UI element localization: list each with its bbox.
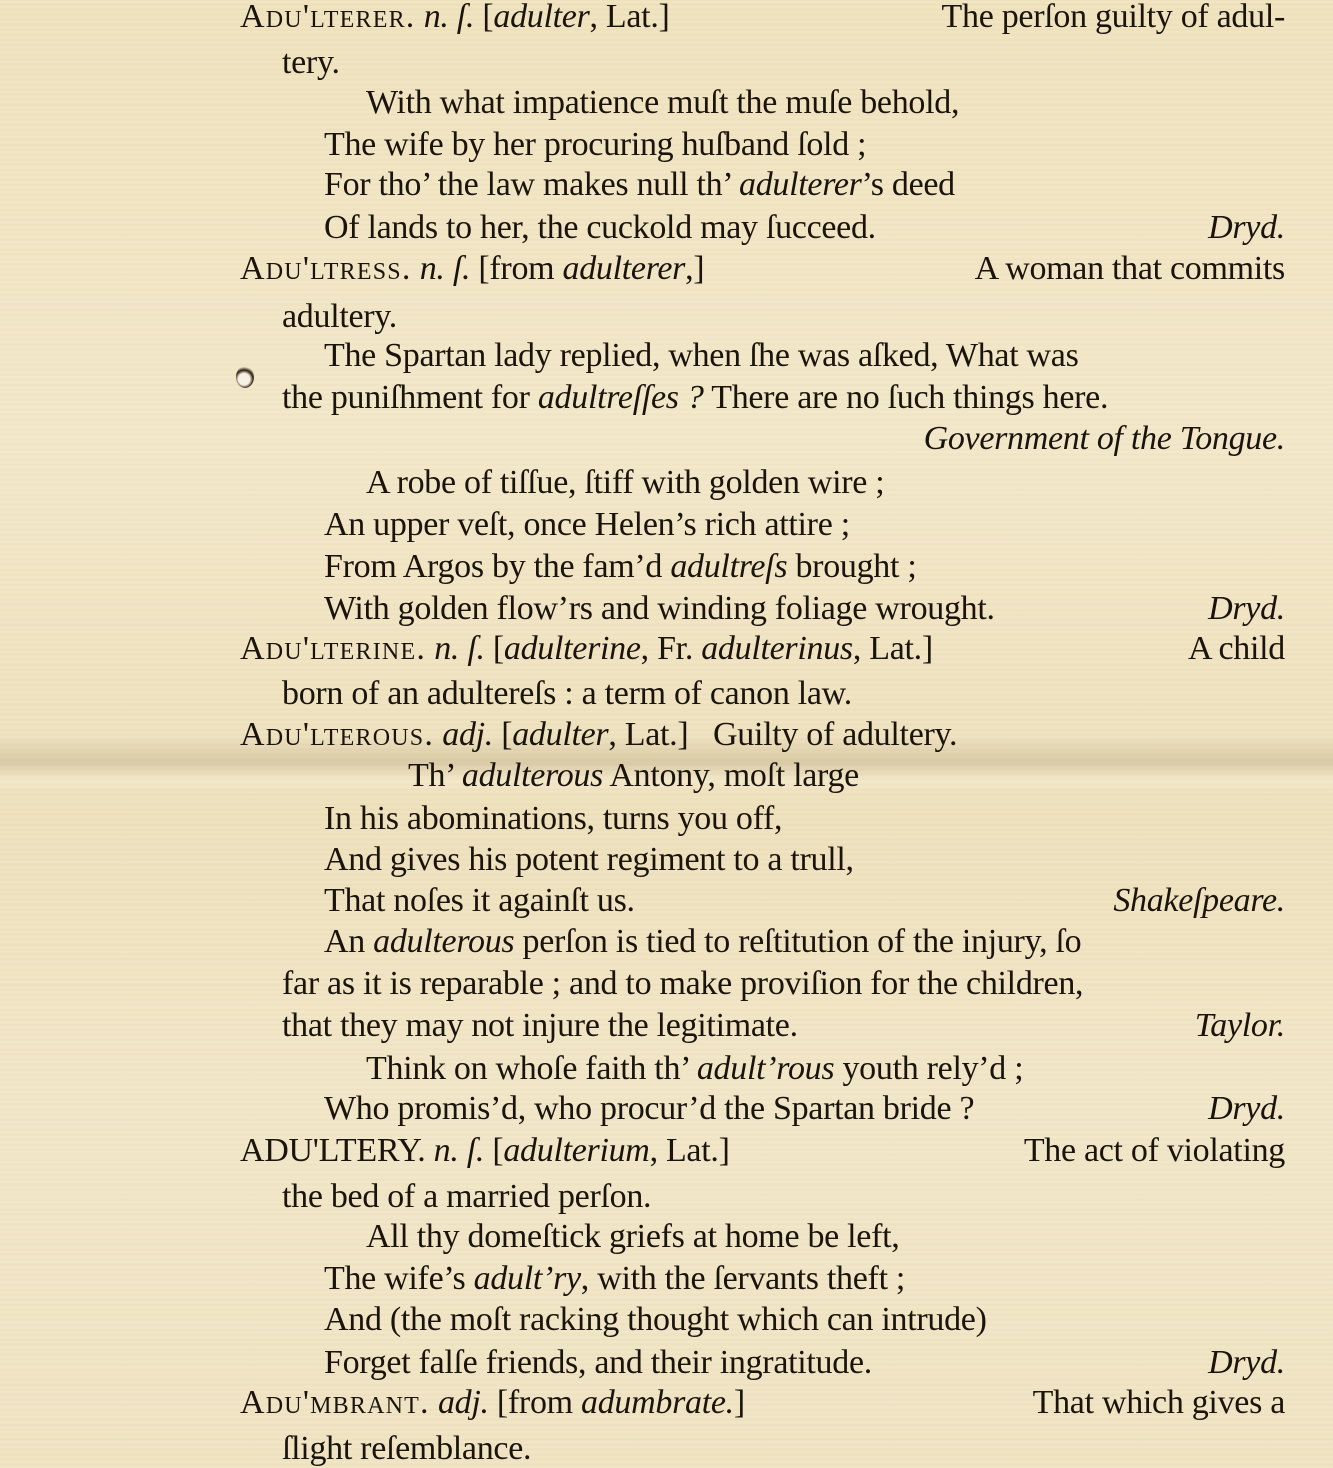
part-of-speech: n. ſ. [420,250,470,287]
headword: Adu'lterer. [240,0,416,35]
entry-adumbrant-headline: Adu'mbrant. adj. [from adumbrate.] That … [240,1382,1285,1424]
headword: Adu'lterous. [240,716,434,753]
attribution: Dryd. [1208,1088,1285,1130]
headword: Adu'ltress. [240,250,412,287]
attribution: Shakeſpeare. [1113,880,1285,922]
quote-line: The wife’s adult’ry, with the ſervants t… [240,1258,1285,1300]
quote-line: And gives his potent regiment to a trull… [240,839,1285,881]
quote-line: Of lands to her, the cuckold may ſucceed… [240,207,1285,249]
etymology-word: adulter [512,716,608,753]
etymology-word: adulterer [563,250,686,287]
quote-line: In his abominations, turns you off, [240,798,1285,840]
quote-line: Forget falſe friends, and their ingratit… [240,1342,1285,1384]
part-of-speech: n. ſ. [424,0,474,35]
headword: Adu'lterine. [240,630,426,667]
etymology-word: adulterinus [701,630,853,667]
quote-line: With what impatience muſt the muſe behol… [240,82,1285,124]
attribution: Dryd. [1208,588,1285,630]
definition-continuation: adultery. [240,296,1285,338]
quote-line: And (the moſt racking thought which can … [240,1299,1285,1341]
definition: The perſon guilty of adul- [942,0,1285,38]
quote-line: With golden flow’rs and winding foliage … [240,588,1285,630]
entry-adulterer-headline: Adu'lterer. n. ſ. [adulter, Lat.] The pe… [240,0,1285,38]
attribution: Government of the Tongue. [240,418,1285,460]
entry-adultery-headline: ADU'LTERY. n. ſ. [adulterium, Lat.] The … [240,1130,1285,1172]
quote-line: A robe of tiſſue, ſtiff with golden wire… [240,462,1285,504]
quote-line: Who promis’d, who procur’d the Spartan b… [240,1088,1285,1130]
attribution: Dryd. [1208,1342,1285,1384]
entry-adulterine-headline: Adu'lterine. n. ſ. [adulterine, Fr. adul… [240,628,1285,670]
quote-line: All thy domeſtick griefs at home be left… [240,1216,1285,1258]
definition: Guilty of adultery. [713,716,957,753]
quote-line: From Argos by the fam’d adultreſs brough… [240,546,1285,588]
part-of-speech: adj. [442,716,493,753]
quote-line: Th’ adulterous Antony, moſt large [240,755,1285,797]
quote-line: The wife by her procuring huſband ſold ; [240,124,1285,166]
quote-line: For tho’ the law makes null th’ adultere… [240,164,1285,206]
etymology-word: adulter [493,0,589,35]
definition: A woman that commits [975,248,1285,290]
attribution: Taylor. [1195,1005,1285,1047]
quote-line: the puniſhment for adultreſſes ? There a… [240,377,1285,419]
etymology-word: adumbrate. [581,1384,734,1421]
headword: Adu'mbrant. [240,1384,430,1421]
attribution: Dryd. [1208,207,1285,249]
definition: That which gives a [1033,1382,1285,1424]
entry-adulterous-headline: Adu'lterous. adj. [adulter, Lat.] Guilty… [240,714,1285,756]
etymology-word: adulterium [503,1132,649,1169]
quote-line: An adulterous perſon is tied to reſtitut… [240,921,1285,963]
definition-continuation: born of an adultereſs : a term of canon … [240,673,1285,715]
quote-line: far as it is reparable ; and to make pro… [240,963,1285,1005]
definition-continuation: the bed of a married perſon. [240,1176,1285,1218]
quote-line: Think on whoſe faith th’ adult’rous yout… [240,1048,1285,1090]
headword: ADU'LTERY. [240,1132,425,1169]
part-of-speech: n. ſ. [434,630,484,667]
definition: A child [1188,628,1285,670]
quote-line: that they may not injure the legitimate.… [240,1005,1285,1047]
part-of-speech: n. ſ. [434,1132,484,1169]
definition-continuation: ſlight reſemblance. [240,1428,1285,1468]
entry-adultress-headline: Adu'ltress. n. ſ. [from adulterer,] A wo… [240,248,1285,290]
definition-continuation: tery. [240,42,1285,84]
part-of-speech: adj. [438,1384,489,1421]
quote-line: The Spartan lady replied, when ſhe was a… [240,335,1285,377]
quote-line: That noſes it againſt us. Shakeſpeare. [240,880,1285,922]
etymology-word: adulterine [504,630,641,667]
quote-line: An upper veſt, once Helen’s rich attire … [240,504,1285,546]
definition: The act of violating [1024,1130,1285,1172]
